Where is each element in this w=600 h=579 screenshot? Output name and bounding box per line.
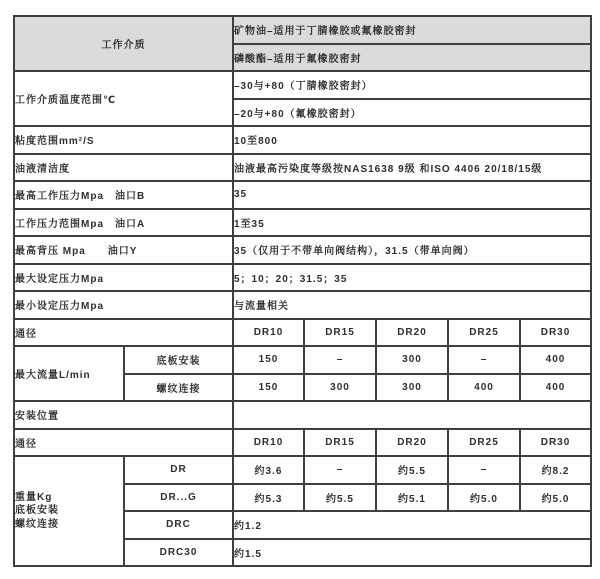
max-flow-subplate-dr10-cell: 150 xyxy=(233,346,304,374)
max-back-pressure-label-cell: 最高背压 Mpa 油口Y xyxy=(14,236,233,264)
diameter1-dr15-cell: DR15 xyxy=(304,319,376,347)
max-flow-threaded-dr30-cell: 400 xyxy=(520,374,591,402)
table-row: 油液清洁度 油液最高污染度等级按NAS1638 9级 和ISO 4406 20/… xyxy=(14,154,591,182)
mounting-position-value-cell xyxy=(233,401,591,429)
weight-drg-dr15-cell: 约5.5 xyxy=(304,484,376,512)
max-flow-threaded-dr20-cell: 300 xyxy=(376,374,448,402)
min-set-pressure-label-cell: 最小设定压力Mpa xyxy=(14,291,233,319)
max-set-pressure-label-cell: 最大设定压力Mpa xyxy=(14,264,233,292)
table-row: 工作压力范围Mpa 油口A 1至35 xyxy=(14,209,591,237)
table-row: 工作介质温度范围℃ –30与+80（丁腈橡胶密封） xyxy=(14,71,591,99)
max-flow-subplate-dr15-cell: – xyxy=(304,346,376,374)
max-working-pressure-value-cell: 35 xyxy=(233,181,591,209)
working-pressure-range-label-cell: 工作压力范围Mpa 油口A xyxy=(14,209,233,237)
table-row: 最大流量L/min 底板安装 150 – 300 – 400 xyxy=(14,346,591,374)
max-back-pressure-value-cell: 35（仅用于不带单向阀结构），31.5（带单向阀） xyxy=(233,236,591,264)
weight-drc30-value-cell: 约1.5 xyxy=(233,539,591,567)
cleanliness-label-cell: 油液清洁度 xyxy=(14,154,233,182)
working-pressure-range-value-cell: 1至35 xyxy=(233,209,591,237)
diameter1-dr20-cell: DR20 xyxy=(376,319,448,347)
table-row: 重量Kg 底板安装 螺纹连接 DR 约3.6 – 约5.5 – 约8.2 xyxy=(14,456,591,484)
weight-drg-label-cell: DR...G xyxy=(124,484,233,512)
max-flow-subplate-label-cell: 底板安装 xyxy=(124,346,233,374)
diameter2-dr30-cell: DR30 xyxy=(520,429,591,457)
spec-sheet: 工作介质 矿物油–适用于丁腈橡胶或氟橡胶密封 磷酸酯–适用于氟橡胶密封 工作介质… xyxy=(0,0,600,579)
weight-label-line3: 螺纹连接 xyxy=(15,518,123,532)
table-row: 通径 DR10 DR15 DR20 DR25 DR30 xyxy=(14,429,591,457)
spec-table: 工作介质 矿物油–适用于丁腈橡胶或氟橡胶密封 磷酸酯–适用于氟橡胶密封 工作介质… xyxy=(13,15,592,567)
viscosity-value-cell: 10至800 xyxy=(233,126,591,154)
table-row: 最高工作压力Mpa 油口B 35 xyxy=(14,181,591,209)
max-flow-threaded-dr25-cell: 400 xyxy=(448,374,520,402)
diameter2-dr15-cell: DR15 xyxy=(304,429,376,457)
table-row: 最小设定压力Mpa 与流量相关 xyxy=(14,291,591,319)
weight-dr-dr30-cell: 约8.2 xyxy=(520,456,591,484)
table-row: 通径 DR10 DR15 DR20 DR25 DR30 xyxy=(14,319,591,347)
temperature-fkm-cell: –20与+80（氟橡胶密封） xyxy=(233,99,591,127)
max-flow-label-cell: 最大流量L/min xyxy=(14,346,124,401)
weight-label-cell: 重量Kg 底板安装 螺纹连接 xyxy=(14,456,124,566)
diameter1-dr10-cell: DR10 xyxy=(233,319,304,347)
cleanliness-value-cell: 油液最高污染度等级按NAS1638 9级 和ISO 4406 20/18/15级 xyxy=(233,154,591,182)
temperature-nbr-cell: –30与+80（丁腈橡胶密封） xyxy=(233,71,591,99)
max-flow-threaded-dr10-cell: 150 xyxy=(233,374,304,402)
table-row: 安装位置 xyxy=(14,401,591,429)
max-flow-subplate-dr25-cell: – xyxy=(448,346,520,374)
weight-dr-label-cell: DR xyxy=(124,456,233,484)
mounting-position-label-cell: 安装位置 xyxy=(14,401,233,429)
weight-dr-dr15-cell: – xyxy=(304,456,376,484)
table-row: 最高背压 Mpa 油口Y 35（仅用于不带单向阀结构），31.5（带单向阀） xyxy=(14,236,591,264)
weight-drc-value-cell: 约1.2 xyxy=(233,511,591,539)
weight-dr-dr20-cell: 约5.5 xyxy=(376,456,448,484)
weight-drc30-label-cell: DRC30 xyxy=(124,539,233,567)
weight-drg-dr25-cell: 约5.0 xyxy=(448,484,520,512)
diameter2-dr10-cell: DR10 xyxy=(233,429,304,457)
max-working-pressure-label-cell: 最高工作压力Mpa 油口B xyxy=(14,181,233,209)
diameter1-dr30-cell: DR30 xyxy=(520,319,591,347)
diameter2-label-cell: 通径 xyxy=(14,429,233,457)
max-flow-subplate-dr30-cell: 400 xyxy=(520,346,591,374)
temperature-range-label-cell: 工作介质温度范围℃ xyxy=(14,71,233,126)
weight-drc-label-cell: DRC xyxy=(124,511,233,539)
working-medium-phosphate-ester-cell: 磷酸酯–适用于氟橡胶密封 xyxy=(233,44,591,72)
weight-dr-dr10-cell: 约3.6 xyxy=(233,456,304,484)
diameter2-dr20-cell: DR20 xyxy=(376,429,448,457)
max-set-pressure-value-cell: 5；10；20；31.5；35 xyxy=(233,264,591,292)
table-row: 粘度范围mm²/S 10至800 xyxy=(14,126,591,154)
table-row: 最大设定压力Mpa 5；10；20；31.5；35 xyxy=(14,264,591,292)
weight-label-line2: 底板安装 xyxy=(15,504,123,518)
diameter1-label-cell: 通径 xyxy=(14,319,233,347)
table-row: 工作介质 矿物油–适用于丁腈橡胶或氟橡胶密封 xyxy=(14,16,591,44)
max-flow-subplate-dr20-cell: 300 xyxy=(376,346,448,374)
weight-label-line1: 重量Kg xyxy=(15,491,123,505)
weight-dr-dr25-cell: – xyxy=(448,456,520,484)
diameter2-dr25-cell: DR25 xyxy=(448,429,520,457)
weight-drg-dr20-cell: 约5.1 xyxy=(376,484,448,512)
diameter1-dr25-cell: DR25 xyxy=(448,319,520,347)
working-medium-mineral-oil-cell: 矿物油–适用于丁腈橡胶或氟橡胶密封 xyxy=(233,16,591,44)
max-flow-threaded-dr15-cell: 300 xyxy=(304,374,376,402)
min-set-pressure-value-cell: 与流量相关 xyxy=(233,291,591,319)
viscosity-label-cell: 粘度范围mm²/S xyxy=(14,126,233,154)
weight-drg-dr10-cell: 约5.3 xyxy=(233,484,304,512)
working-medium-label-cell: 工作介质 xyxy=(14,16,233,71)
weight-drg-dr30-cell: 约5.0 xyxy=(520,484,591,512)
max-flow-threaded-label-cell: 螺纹连接 xyxy=(124,374,233,402)
